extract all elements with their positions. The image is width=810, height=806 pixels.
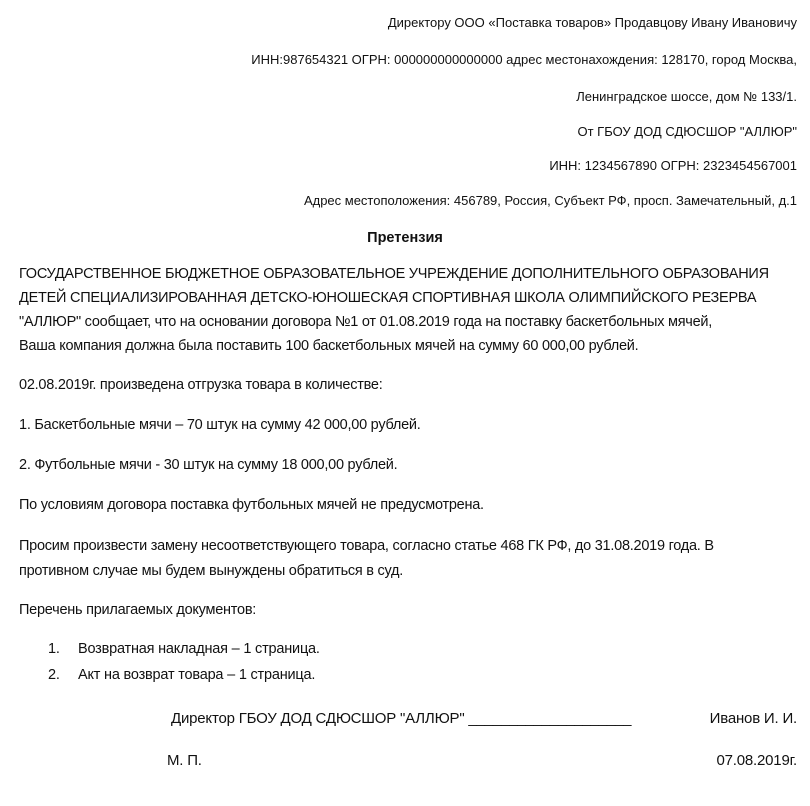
intro-line: ГОСУДАРСТВЕННОЕ БЮДЖЕТНОЕ ОБРАЗОВАТЕЛЬНО… <box>19 265 769 283</box>
attachment-number: 2. <box>48 662 78 688</box>
contract-note: По условиям договора поставка футбольных… <box>19 496 484 514</box>
signature-name: Иванов И. И. <box>710 710 797 728</box>
shipment-intro: 02.08.2019г. произведена отгрузка товара… <box>19 376 383 394</box>
intro-line: ДЕТЕЙ СПЕЦИАЛИЗИРОВАННАЯ ДЕТСКО-ЮНОШЕСКА… <box>19 289 756 307</box>
attachments-heading: Перечень прилагаемых документов: <box>19 601 256 619</box>
intro-line: "АЛЛЮР" сообщает, что на основании догов… <box>19 313 712 331</box>
request-line: Просим произвести замену несоответствующ… <box>19 537 714 555</box>
intro-line: Ваша компания должна была поставить 100 … <box>19 337 638 355</box>
request-line: противном случае мы будем вынуждены обра… <box>19 562 403 580</box>
recipient-line-3: Ленинградское шоссе, дом № 133/1. <box>576 88 797 106</box>
recipient-line-2: ИНН:987654321 ОГРН: 000000000000000 адре… <box>251 51 797 69</box>
stamp-placeholder: М. П. <box>167 752 202 770</box>
sender-line-3: Адрес местоположения: 456789, Россия, Су… <box>304 192 797 210</box>
shipment-item: 2. Футбольные мячи - 30 штук на сумму 18… <box>19 456 397 474</box>
attachments-list: 1.Возвратная накладная – 1 страница. 2.А… <box>48 636 320 688</box>
attachment-text: Возвратная накладная – 1 страница. <box>78 641 320 657</box>
sender-line-2: ИНН: 1234567890 ОГРН: 2323454567001 <box>549 157 797 175</box>
sender-line-1: От ГБОУ ДОД СДЮСШОР "АЛЛЮР" <box>578 123 798 141</box>
attachment-item: 1.Возвратная накладная – 1 страница. <box>48 636 320 662</box>
attachment-number: 1. <box>48 636 78 662</box>
signature-position: Директор ГБОУ ДОД СДЮСШОР "АЛЛЮР" ______… <box>171 710 631 728</box>
signature-date: 07.08.2019г. <box>717 752 797 770</box>
shipment-item: 1. Баскетбольные мячи – 70 штук на сумму… <box>19 416 421 434</box>
document-title: Претензия <box>0 229 810 247</box>
attachment-text: Акт на возврат товара – 1 страница. <box>78 667 315 683</box>
attachment-item: 2.Акт на возврат товара – 1 страница. <box>48 662 320 688</box>
recipient-line-1: Директору ООО «Поставка товаров» Продавц… <box>388 14 797 32</box>
